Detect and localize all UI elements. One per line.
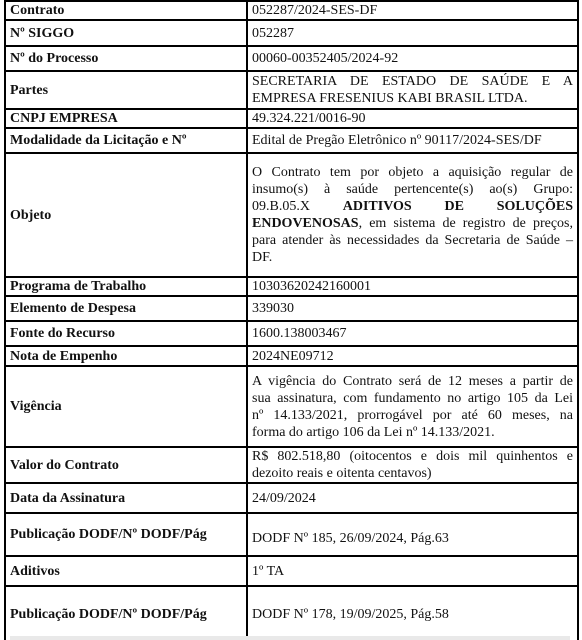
value-objeto: O Contrato tem por objeto a aquisição re…: [247, 153, 578, 277]
value-aditivos: 1º TA: [247, 556, 578, 586]
label-cnpj: CNPJ EMPRESA: [5, 109, 247, 128]
vigencia-line-3: nº 14.133/2021, prorrogável por até 60 m…: [252, 407, 573, 424]
value-empenho: 2024NE09712: [247, 346, 578, 366]
value-partes: SECRETARIA DE ESTADO DE SAÚDE E A EMPRES…: [247, 71, 578, 109]
table-row-siggo: Nº SIGGO 052287: [5, 20, 578, 46]
table-row-fonte: Fonte do Recurso 1600.138003467: [5, 321, 578, 346]
table-row-empenho: Nota de Empenho 2024NE09712: [5, 346, 578, 366]
table-row-vigencia: Vigência A vigência do Contrato será de …: [5, 366, 578, 447]
objeto-line-5: para atender às necessidades da Secretar…: [252, 232, 573, 249]
table-row-processo: Nº do Processo 00060-00352405/2024-92: [5, 46, 578, 71]
label-vigencia: Vigência: [5, 366, 247, 447]
label-modalidade: Modalidade da Licitação e Nº: [5, 128, 247, 153]
partes-line-2: EMPRESA FRESENIUS KABI BRASIL LTDA.: [252, 90, 573, 107]
value-contrato: 052287/2024-SES-DF: [247, 1, 578, 20]
label-empenho: Nota de Empenho: [5, 346, 247, 366]
objeto-group-name: ADITIVOS DE SOLUÇÕES: [343, 199, 573, 214]
label-elemento: Elemento de Despesa: [5, 296, 247, 321]
label-objeto: Objeto: [5, 153, 247, 277]
value-processo: 00060-00352405/2024-92: [247, 46, 578, 71]
value-fonte: 1600.138003467: [247, 321, 578, 346]
vigencia-line-1: A vigência do Contrato será de 12 meses …: [252, 373, 573, 390]
value-modalidade: Edital de Pregão Eletrônico nº 90117/202…: [247, 128, 578, 153]
objeto-line-3: 09.B.05.X ADITIVOS DE SOLUÇÕES: [252, 198, 573, 215]
value-vigencia: A vigência do Contrato será de 12 meses …: [247, 366, 578, 447]
table-row-objeto: Objeto O Contrato tem por objeto a aquis…: [5, 153, 578, 277]
objeto-group-name-cont: ENDOVENOSAS: [252, 216, 359, 231]
value-assinatura: 24/09/2024: [247, 483, 578, 513]
label-contrato: Contrato: [5, 1, 247, 20]
label-siggo: Nº SIGGO: [5, 20, 247, 46]
value-cnpj: 49.324.221/0016-90: [247, 109, 578, 128]
vigencia-line-2: sua assinatura, com fundamento no artigo…: [252, 390, 573, 407]
contract-summary-table: Contrato 052287/2024-SES-DF Nº SIGGO 052…: [4, 0, 579, 640]
partes-line-1: SECRETARIA DE ESTADO DE SAÚDE E A: [252, 73, 573, 90]
label-publicacao-2: Publicação DODF/Nº DODF/Pág: [5, 586, 247, 640]
label-programa: Programa de Trabalho: [5, 277, 247, 296]
value-publicacao-2: DODF Nº 178, 19/09/2025, Pág.58: [247, 586, 578, 640]
table-row-assinatura: Data da Assinatura 24/09/2024: [5, 483, 578, 513]
table-row-publicacao-1: Publicação DODF/Nº DODF/Pág DODF Nº 185,…: [5, 513, 578, 556]
value-valor: R$ 802.518,80 (oitocentos e dois mil qui…: [247, 447, 578, 483]
objeto-line-1: O Contrato tem por objeto a aquisição re…: [252, 164, 573, 181]
table-row-aditivos: Aditivos 1º TA: [5, 556, 578, 586]
label-publicacao-1: Publicação DODF/Nº DODF/Pág: [5, 513, 247, 556]
objeto-group-code: 09.B.05.X: [252, 199, 343, 214]
valor-line-1: R$ 802.518,80 (oitocentos e dois mil qui…: [252, 448, 573, 465]
table-row-modalidade: Modalidade da Licitação e Nº Edital de P…: [5, 128, 578, 153]
value-siggo: 052287: [247, 20, 578, 46]
label-valor: Valor do Contrato: [5, 447, 247, 483]
label-partes: Partes: [5, 71, 247, 109]
objeto-line-4-rest: , em sistema de registro de preços,: [359, 216, 573, 231]
value-publicacao-1: DODF Nº 185, 26/09/2024, Pág.63: [247, 513, 578, 556]
value-programa: 10303620242160001: [247, 277, 578, 296]
objeto-line-6: DF.: [252, 249, 573, 266]
table-row-contrato: Contrato 052287/2024-SES-DF: [5, 1, 578, 20]
label-fonte: Fonte do Recurso: [5, 321, 247, 346]
label-aditivos: Aditivos: [5, 556, 247, 586]
table-row-publicacao-2: Publicação DODF/Nº DODF/Pág DODF Nº 178,…: [5, 586, 578, 640]
vigencia-line-4: forma do artigo 106 da Lei nº 14.133/202…: [252, 424, 573, 441]
table-row-elemento: Elemento de Despesa 339030: [5, 296, 578, 321]
page-bottom-strip: [10, 636, 570, 640]
table-row-partes: Partes SECRETARIA DE ESTADO DE SAÚDE E A…: [5, 71, 578, 109]
valor-line-2: dezoito reais e oitenta centavos): [252, 465, 573, 482]
value-elemento: 339030: [247, 296, 578, 321]
label-assinatura: Data da Assinatura: [5, 483, 247, 513]
objeto-line-4: ENDOVENOSAS, em sistema de registro de p…: [252, 215, 573, 232]
table-row-programa: Programa de Trabalho 10303620242160001: [5, 277, 578, 296]
objeto-line-2: insumo(s) à saúde pertencente(s) ao(s) G…: [252, 181, 573, 198]
table-row-cnpj: CNPJ EMPRESA 49.324.221/0016-90: [5, 109, 578, 128]
label-processo: Nº do Processo: [5, 46, 247, 71]
table-row-valor: Valor do Contrato R$ 802.518,80 (oitocen…: [5, 447, 578, 483]
